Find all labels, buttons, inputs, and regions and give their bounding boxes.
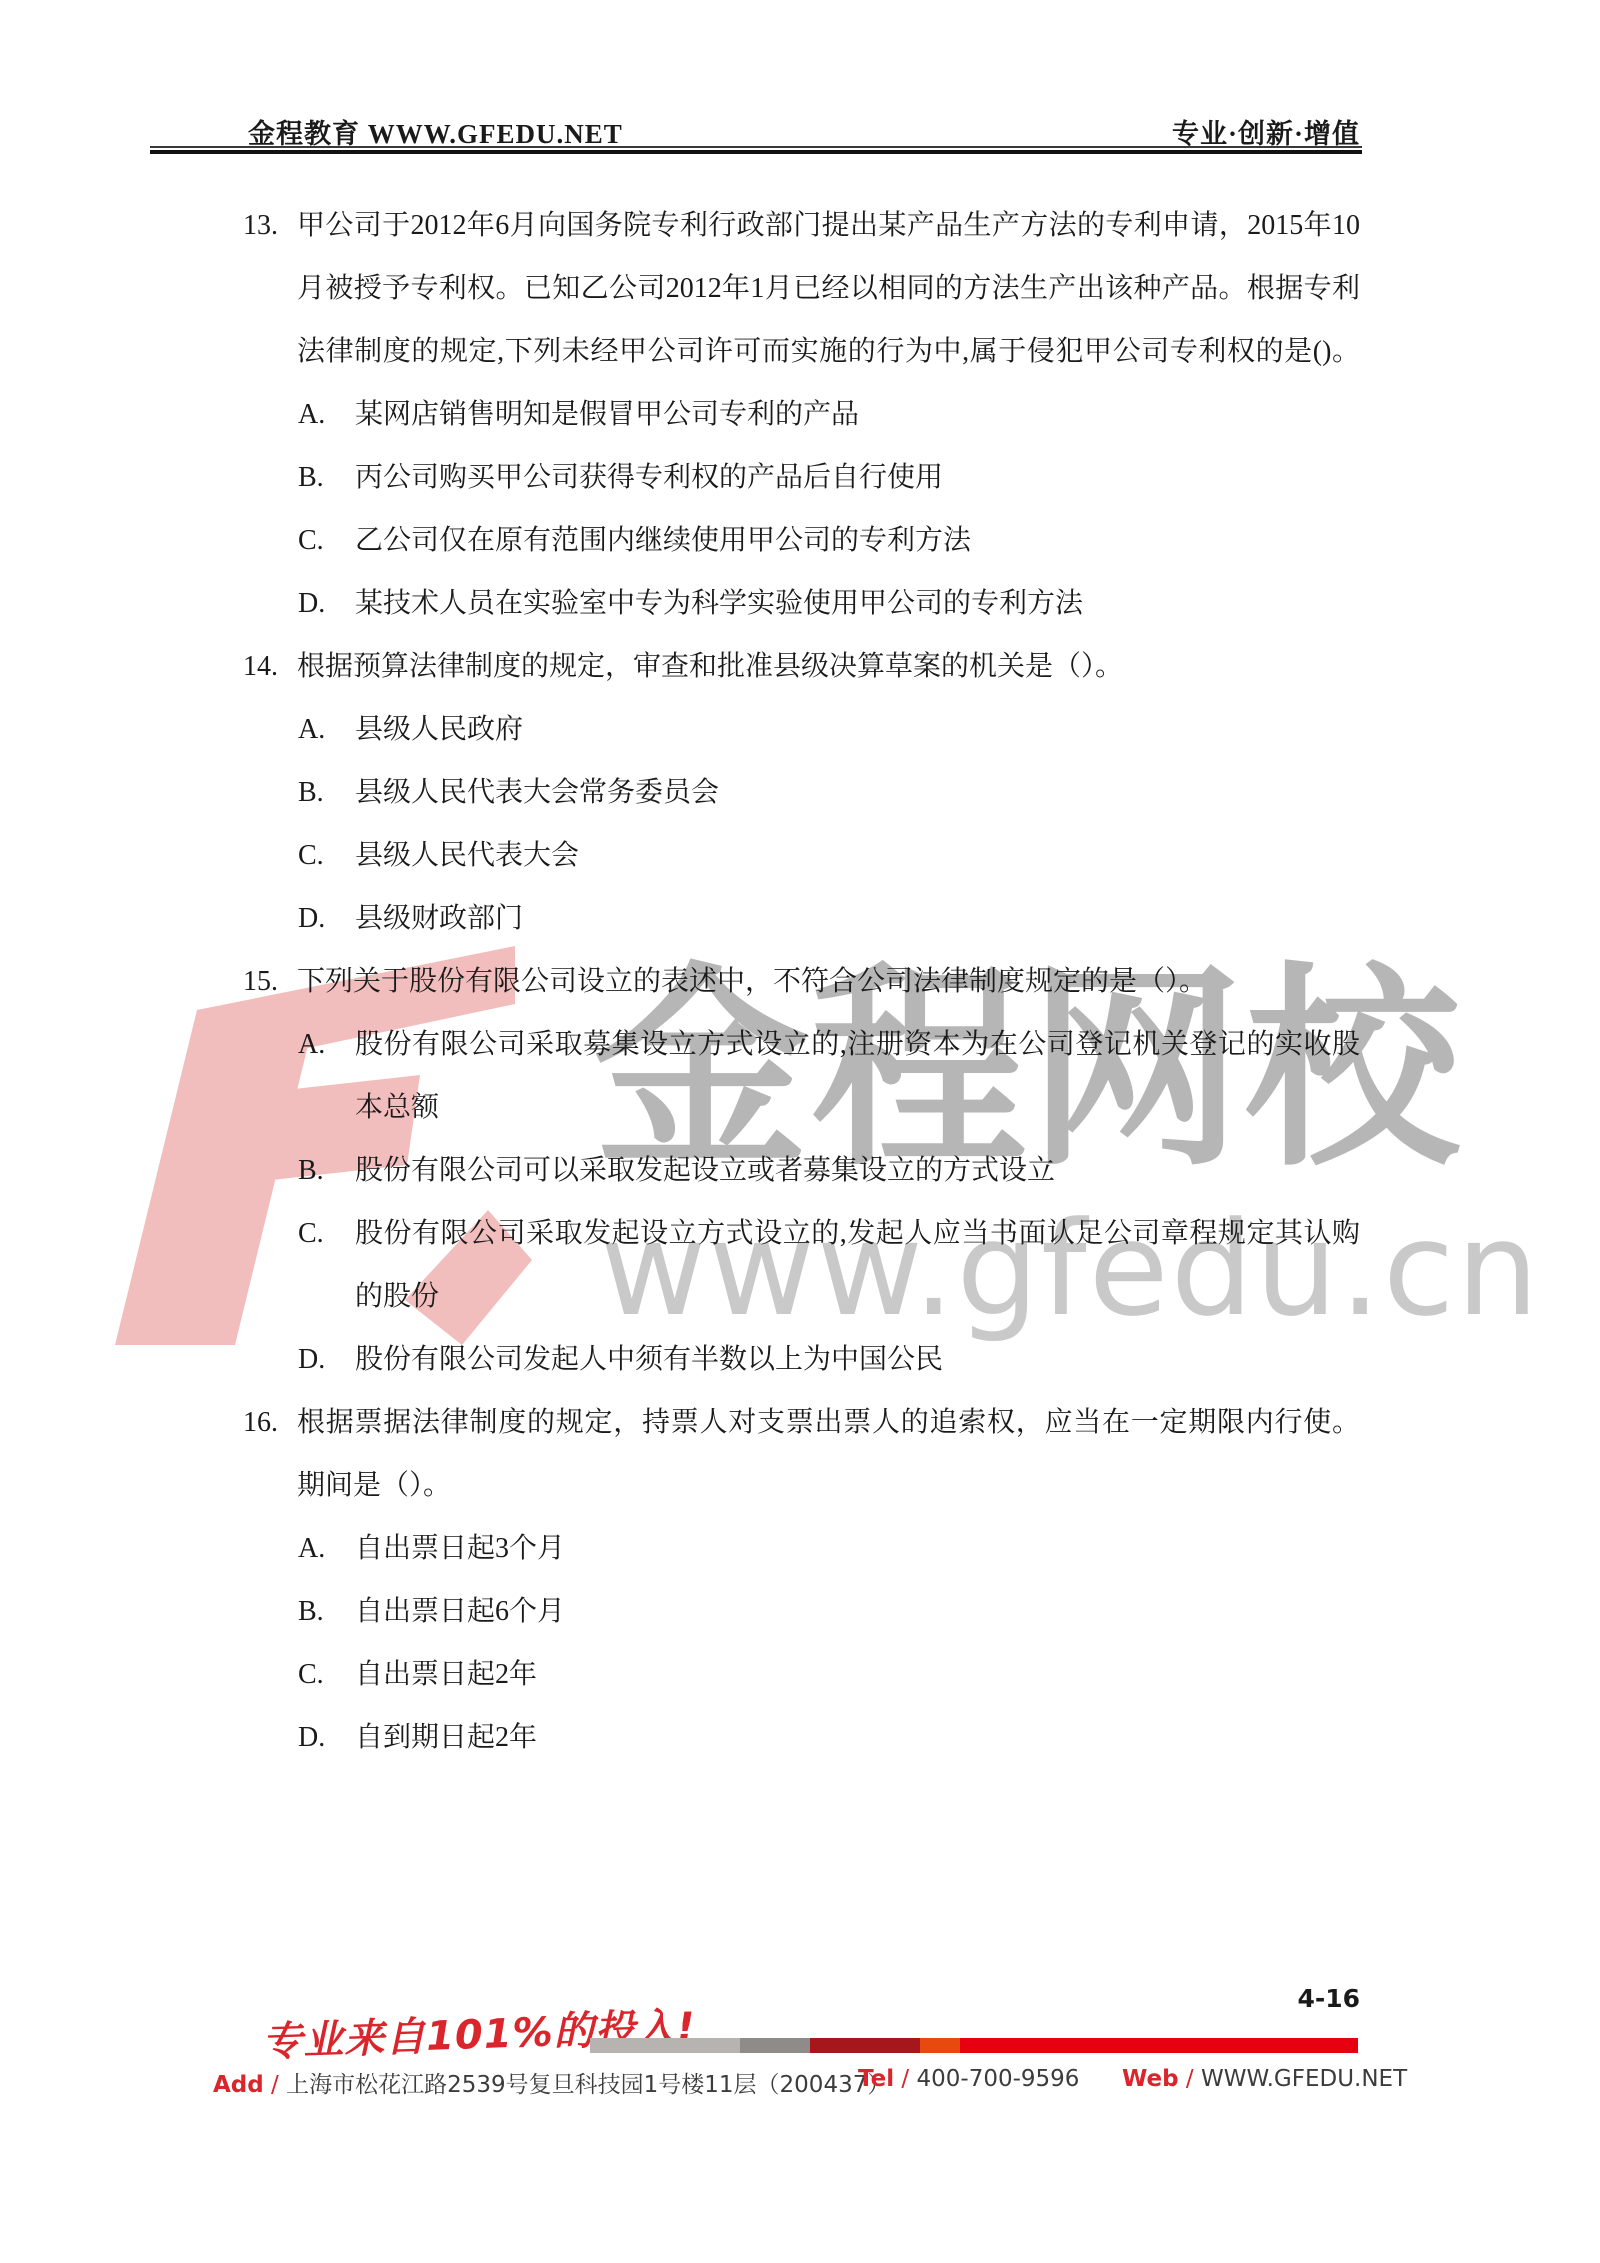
- header-rule-thick: [150, 150, 1362, 154]
- option-row: D.某技术人员在实验室中专为科学实验使用甲公司的专利方法: [0, 572, 1600, 635]
- header-rule-thin: [150, 146, 1362, 148]
- footer-contact-web: Web / WWW.GFEDU.NET: [1122, 2066, 1407, 2092]
- footer-contact-value: 400-700-9596: [917, 2066, 1080, 2092]
- option-label: D.: [298, 887, 325, 950]
- option-label: D.: [298, 1328, 325, 1391]
- option-label: B.: [298, 1139, 324, 1202]
- option-row: B.丙公司购买甲公司获得专利权的产品后自行使用: [0, 446, 1600, 509]
- question-stem-row: 15.下列关于股份有限公司设立的表述中，不符合公司法律制度规定的是（）。: [0, 950, 1600, 1013]
- option-row: B.股份有限公司可以采取发起设立或者募集设立的方式设立: [0, 1139, 1600, 1202]
- question-number: 15.: [243, 950, 278, 1013]
- option-row: 本总额: [0, 1076, 1600, 1139]
- footer-contacts: Add / 上海市松花江路2539号复旦科技园1号楼11层（200437）Tel…: [0, 2066, 1600, 2100]
- question-stem-row: 13.甲公司于2012年6月向国务院专利行政部门提出某产品生产方法的专利申请，2…: [0, 194, 1600, 257]
- option-text-line: 本总额: [355, 1076, 1600, 1139]
- question-stem-row: 法律制度的规定,下列未经甲公司许可而实施的行为中,属于侵犯甲公司专利权的是()。: [0, 320, 1600, 383]
- exam-page: 金程教育 WWW.GFEDU.NET 专业·创新·增值 金程网校 www.gfe…: [0, 0, 1600, 2263]
- footer-contact-label: Tel: [858, 2066, 894, 2092]
- footer-color-bar: [590, 2038, 1358, 2053]
- option-label: C.: [298, 1643, 324, 1706]
- option-text-line: 某技术人员在实验室中专为科学实验使用甲公司的专利方法: [355, 572, 1600, 635]
- option-text-line: 自到期日起2年: [355, 1706, 1600, 1769]
- question-stem-row: 期间是（）。: [0, 1454, 1600, 1517]
- option-row: D.县级财政部门: [0, 887, 1600, 950]
- option-label: C.: [298, 824, 324, 887]
- footer-contact-label: Web: [1122, 2066, 1179, 2092]
- question-number: 16.: [243, 1391, 278, 1454]
- footer-contact-label: Add: [213, 2072, 264, 2098]
- option-label: B.: [298, 446, 324, 509]
- option-row: D.股份有限公司发起人中须有半数以上为中国公民: [0, 1328, 1600, 1391]
- option-label: B.: [298, 1580, 324, 1643]
- option-row: B.自出票日起6个月: [0, 1580, 1600, 1643]
- option-text-line: 股份有限公司可以采取发起设立或者募集设立的方式设立: [355, 1139, 1600, 1202]
- option-label: A.: [298, 1517, 325, 1580]
- option-text-line: 股份有限公司发起人中须有半数以上为中国公民: [355, 1328, 1600, 1391]
- option-text-line: 自出票日起6个月: [355, 1580, 1600, 1643]
- option-text-line: 自出票日起2年: [355, 1643, 1600, 1706]
- option-row: D.自到期日起2年: [0, 1706, 1600, 1769]
- option-label: B.: [298, 761, 324, 824]
- option-text-line: 丙公司购买甲公司获得专利权的产品后自行使用: [355, 446, 1600, 509]
- option-text-line: 某网店销售明知是假冒甲公司专利的产品: [355, 383, 1600, 446]
- option-text-line: 的股份: [355, 1265, 1600, 1328]
- footer-contact-value: WWW.GFEDU.NET: [1201, 2066, 1407, 2092]
- question-stem-line: 法律制度的规定,下列未经甲公司许可而实施的行为中,属于侵犯甲公司专利权的是()。: [297, 320, 1360, 383]
- question-stem-line: 月被授予专利权。已知乙公司2012年1月已经以相同的方法生产出该种产品。根据专利: [297, 257, 1360, 320]
- option-label: C.: [298, 1202, 324, 1265]
- question-stem-line: 根据预算法律制度的规定，审查和批准县级决算草案的机关是（）。: [297, 635, 1600, 698]
- option-text-line: 乙公司仅在原有范围内继续使用甲公司的专利方法: [355, 509, 1600, 572]
- question-stem-line: 下列关于股份有限公司设立的表述中，不符合公司法律制度规定的是（）。: [297, 950, 1600, 1013]
- question-stem-line: 根据票据法律制度的规定，持票人对支票出票人的追索权，应当在一定期限内行使。该: [297, 1391, 1360, 1454]
- question-stem-row: 月被授予专利权。已知乙公司2012年1月已经以相同的方法生产出该种产品。根据专利: [0, 257, 1600, 320]
- option-text-line: 股份有限公司采取募集设立方式设立的,注册资本为在公司登记机关登记的实收股: [355, 1013, 1360, 1076]
- footer-bar-segment: [590, 2038, 740, 2053]
- option-row: A.自出票日起3个月: [0, 1517, 1600, 1580]
- footer-contact-value: 上海市松花江路2539号复旦科技园1号楼11层（200437）: [286, 2072, 890, 2098]
- footer-contact-slash: /: [264, 2072, 286, 2098]
- page-number: 4-16: [1297, 1984, 1360, 2013]
- footer-contact-slash: /: [894, 2066, 916, 2092]
- option-text-line: 股份有限公司采取发起设立方式设立的,发起人应当书面认足公司章程规定其认购: [355, 1202, 1360, 1265]
- option-row: C.乙公司仅在原有范围内继续使用甲公司的专利方法: [0, 509, 1600, 572]
- question-number: 13.: [243, 194, 278, 257]
- option-row: C.股份有限公司采取发起设立方式设立的,发起人应当书面认足公司章程规定其认购: [0, 1202, 1600, 1265]
- footer-bar-segment: [740, 2038, 810, 2053]
- option-row: A.县级人民政府: [0, 698, 1600, 761]
- question-stem-line: 期间是（）。: [297, 1454, 1600, 1517]
- option-text-line: 县级人民代表大会: [355, 824, 1600, 887]
- footer-bar-segment: [960, 2038, 1358, 2053]
- question-stem-row: 14.根据预算法律制度的规定，审查和批准县级决算草案的机关是（）。: [0, 635, 1600, 698]
- footer-bar-segment: [810, 2038, 920, 2053]
- option-row: B.县级人民代表大会常务委员会: [0, 761, 1600, 824]
- footer-contact-tel: Tel / 400-700-9596: [858, 2066, 1079, 2092]
- question-stem-line: 甲公司于2012年6月向国务院专利行政部门提出某产品生产方法的专利申请，2015…: [297, 194, 1360, 257]
- option-text-line: 县级人民政府: [355, 698, 1600, 761]
- option-label: C.: [298, 509, 324, 572]
- option-row: 的股份: [0, 1265, 1600, 1328]
- option-text-line: 县级人民代表大会常务委员会: [355, 761, 1600, 824]
- option-text-line: 县级财政部门: [355, 887, 1600, 950]
- footer-contact-add: Add / 上海市松花江路2539号复旦科技园1号楼11层（200437）: [213, 2066, 890, 2099]
- footer-slogan: 专业来自101%的投入!: [261, 1995, 697, 2067]
- option-label: A.: [298, 383, 325, 446]
- footer-contact-slash: /: [1179, 2066, 1201, 2092]
- option-row: C.自出票日起2年: [0, 1643, 1600, 1706]
- option-row: A.股份有限公司采取募集设立方式设立的,注册资本为在公司登记机关登记的实收股: [0, 1013, 1600, 1076]
- option-row: C.县级人民代表大会: [0, 824, 1600, 887]
- option-label: D.: [298, 572, 325, 635]
- question-list: 13.甲公司于2012年6月向国务院专利行政部门提出某产品生产方法的专利申请，2…: [0, 194, 1600, 1769]
- option-row: A.某网店销售明知是假冒甲公司专利的产品: [0, 383, 1600, 446]
- option-text-line: 自出票日起3个月: [355, 1517, 1600, 1580]
- question-stem-row: 16.根据票据法律制度的规定，持票人对支票出票人的追索权，应当在一定期限内行使。…: [0, 1391, 1600, 1454]
- footer-bar-segment: [920, 2038, 960, 2053]
- question-number: 14.: [243, 635, 278, 698]
- option-label: D.: [298, 1706, 325, 1769]
- option-label: A.: [298, 1013, 325, 1076]
- option-label: A.: [298, 698, 325, 761]
